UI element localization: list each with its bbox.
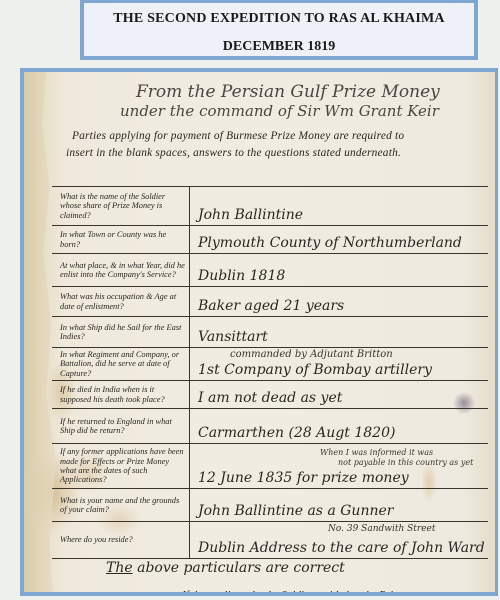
form-row-claimant-name: What is your name and the grounds of you… (52, 489, 488, 522)
form-row-enlistment: At what place, & in what Year, did he en… (52, 254, 488, 287)
printed-instruction-line1: Parties applying for payment of Burmese … (72, 130, 404, 142)
title-card: THE SECOND EXPEDITION TO RAS AL KHAIMA D… (80, 0, 478, 60)
answer-note-line2: not payable in this country as yet (338, 458, 473, 467)
form-row-former-applications: If any former applications have been mad… (52, 444, 488, 489)
form-row-soldier-name: What is the name of the Soldier whose sh… (52, 187, 488, 226)
form-row-return-england: If he returned to England in what Ship d… (52, 409, 488, 444)
answer-note: commanded by Adjutant Britton (230, 349, 393, 360)
title-heading: THE SECOND EXPEDITION TO RAS AL KHAIMA (84, 11, 474, 27)
answer-note: No. 39 Sandwith Street (328, 524, 435, 534)
question: In what Ship did he Sail for the East In… (52, 317, 190, 347)
answer-text: 12 June 1835 for prize money (198, 470, 409, 486)
question: Where do you reside? (52, 522, 190, 558)
question: In what Regiment and Company, or Battali… (52, 348, 190, 380)
form-row-regiment: In what Regiment and Company, or Battali… (52, 348, 488, 381)
answer: No. 39 Sandwith Street Dublin Address to… (190, 522, 493, 558)
title-date: DECEMBER 1819 (84, 39, 474, 55)
answer: Baker aged 21 years (190, 287, 488, 316)
answer: John Ballintine as a Gunner (190, 489, 488, 521)
answer: Plymouth County of Northumberland (190, 226, 488, 253)
document-frame: From the Persian Gulf Prize Money under … (20, 68, 498, 596)
form-row-death-india: If he died in India when is it supposed … (52, 381, 488, 409)
question: What is the name of the Soldier whose sh… (52, 187, 190, 225)
question: What is your name and the grounds of you… (52, 489, 190, 521)
question: If he returned to England in what Ship d… (52, 409, 190, 443)
form-row-ship-east-indies: In what Ship did he Sail for the East In… (52, 317, 488, 348)
footer-rest: above particulars are correct (133, 560, 345, 576)
answer: Vansittart (190, 317, 488, 347)
answer-text: 1st Company of Bombay artillery (198, 362, 432, 378)
form-row-residence: Where do you reside? No. 39 Sandwith Str… (52, 522, 488, 559)
answer: I am not dead as yet (190, 381, 488, 408)
answer: Dublin 1818 (190, 254, 488, 286)
handwritten-footer: The above particulars are correct (106, 560, 345, 576)
question: What was his occupation & Age at date of… (52, 287, 190, 316)
answer: commanded by Adjutant Britton 1st Compan… (190, 348, 488, 380)
answer: John Ballintine (190, 187, 488, 225)
form-row-birthplace: In what Town or County was he born? Plym… (52, 226, 488, 254)
prize-money-form-table: What is the name of the Soldier whose sh… (52, 186, 488, 559)
handwritten-header-line2: under the command of Sir Wm Grant Keir (120, 102, 439, 120)
answer: When I was informed it was not payable i… (190, 444, 488, 488)
question: At what place, & in what Year, did he en… (52, 254, 190, 286)
answer: Carmarthen (28 Augt 1820) (190, 409, 488, 443)
printed-instruction-line2: insert in the blank spaces, answers to t… (66, 147, 401, 159)
printed-footer: If the applicant be the Soldier entitled… (182, 589, 402, 596)
handwritten-header-line1: From the Persian Gulf Prize Money (136, 82, 440, 102)
answer-note-line1: When I was informed it was (320, 448, 433, 457)
question: If he died in India when is it supposed … (52, 381, 190, 408)
question: If any former applications have been mad… (52, 444, 190, 488)
footer-underlined-word: The (106, 560, 133, 576)
question: In what Town or County was he born? (52, 226, 190, 253)
form-row-occupation-age: What was his occupation & Age at date of… (52, 287, 488, 317)
answer-text: Dublin Address to the care of John Ward (198, 540, 485, 556)
